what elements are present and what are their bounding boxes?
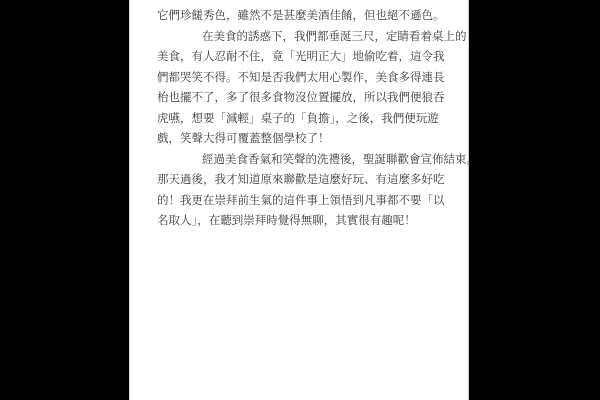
text-line: 們都哭笑不得。不知是否我們太用心製作，美食多得連長 [157, 67, 447, 88]
page-text: 它們珍饈秀色，雖然不是甚麼美酒佳餚，但也絕不遜色。在美食的誘惑下，我們都垂涎三尺… [157, 5, 447, 231]
text-line: 在美食的誘惑下，我們都垂涎三尺，定睛看着桌上的 [157, 26, 447, 47]
text-line: 枱也擺不了，多了很多食物沒位置擺放，所以我們便狼吞 [157, 87, 447, 108]
text-line: 經過美食香氣和笑聲的洗禮後，聖誕聯歡會宣佈結束。 [157, 149, 447, 170]
text-line: 戲，笑聲大得可覆蓋整個學校了！ [157, 128, 447, 149]
text-line: 那天過後，我才知道原來聯歡是這麼好玩、有這麼多好吃 [157, 169, 447, 190]
paragraph: 在美食的誘惑下，我們都垂涎三尺，定睛看着桌上的美食，有人忍耐不住，竟「光明正大」… [157, 26, 447, 149]
text-line: 名取人」，在聽到崇拜時覺得無聊，其實很有趣呢！ [157, 210, 447, 231]
paragraph: 它們珍饈秀色，雖然不是甚麼美酒佳餚，但也絕不遜色。 [157, 5, 447, 26]
text-line: 它們珍饈秀色，雖然不是甚麼美酒佳餚，但也絕不遜色。 [157, 5, 447, 26]
paragraph: 經過美食香氣和笑聲的洗禮後，聖誕聯歡會宣佈結束。那天過後，我才知道原來聯歡是這麼… [157, 149, 447, 231]
text-line: 美食，有人忍耐不住，竟「光明正大」地偷吃着，這令我 [157, 46, 447, 67]
text-line: 虎嚥，想要「減輕」桌子的「負擔」，之後，我們便玩遊 [157, 108, 447, 129]
text-line: 的！我更在崇拜前生氣的這件事上領悟到凡事都不要「以 [157, 190, 447, 211]
viewer-background: 它們珍饈秀色，雖然不是甚麼美酒佳餚，但也絕不遜色。在美食的誘惑下，我們都垂涎三尺… [0, 0, 600, 400]
document-page: 它們珍饈秀色，雖然不是甚麼美酒佳餚，但也絕不遜色。在美食的誘惑下，我們都垂涎三尺… [129, 0, 469, 400]
